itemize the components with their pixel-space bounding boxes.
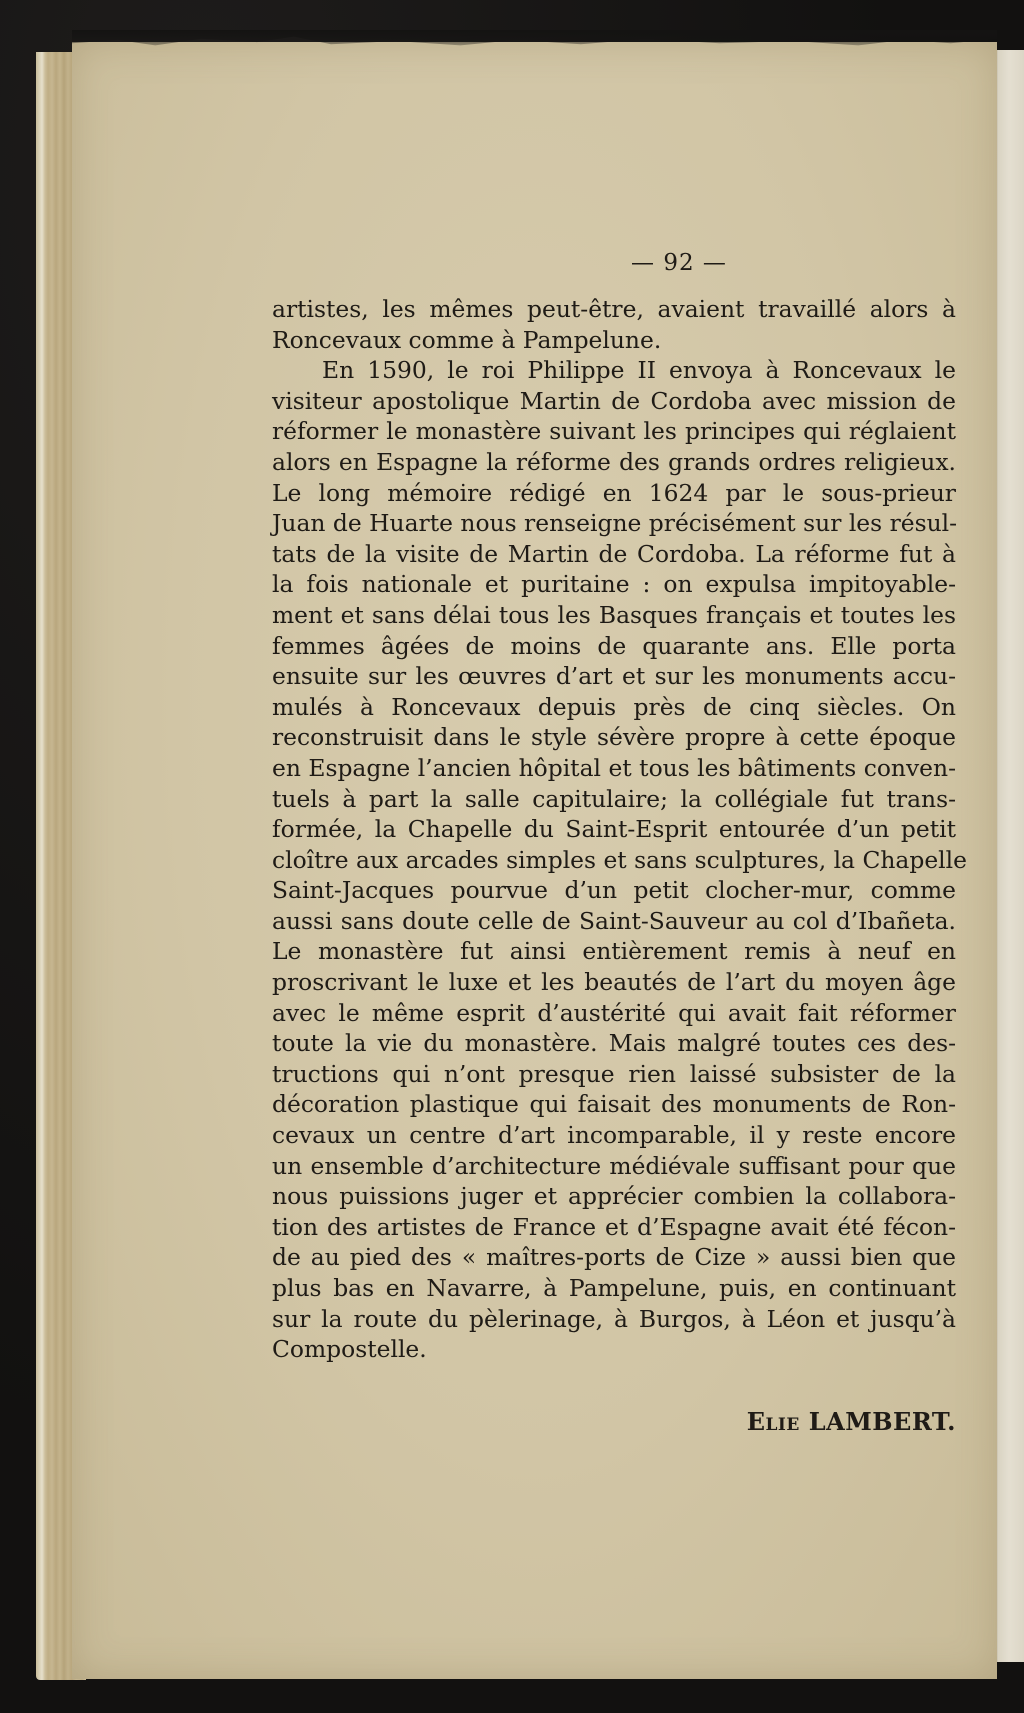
text-line: avec le même esprit d’austérité qui avai… <box>272 998 956 1029</box>
text-line: aussi sans doute celle de Saint-Sauveur … <box>272 906 956 937</box>
text-line: la fois nationale et puritaine : on expu… <box>272 569 956 600</box>
text-line: Roncevaux comme à Pampelune. <box>272 325 956 356</box>
text-line: cevaux un centre d’art incomparable, il … <box>272 1120 956 1151</box>
text-line: un ensemble d’architecture médiévale suf… <box>272 1151 956 1182</box>
facing-page-edge <box>995 50 1024 1662</box>
text-line: Juan de Huarte nous renseigne précisémen… <box>272 508 956 539</box>
text-line: femmes âgées de moins de quarante ans. E… <box>272 631 956 662</box>
text-line: proscrivant le luxe et les beautés de l’… <box>272 967 956 998</box>
text-line: sur la route du pèlerinage, à Burgos, à … <box>272 1304 956 1335</box>
text-line: reconstruisit dans le style sévère propr… <box>272 722 956 753</box>
text-line: plus bas en Navarre, à Pampelune, puis, … <box>272 1273 956 1304</box>
author-signature: Elie LAMBERT. <box>272 1407 956 1436</box>
text-line: cloître aux arcades simples et sans scul… <box>272 845 956 876</box>
page-text-block: — 92 — artistes, les mêmes peut-être, av… <box>272 250 956 1436</box>
author-last-name: LAMBERT. <box>809 1407 956 1436</box>
text-line: tats de la visite de Martin de Cordoba. … <box>272 539 956 570</box>
text-line: artistes, les mêmes peut-être, avaient t… <box>272 294 956 325</box>
text-line: en Espagne l’ancien hôpital et tous les … <box>272 753 956 784</box>
text-line: tion des artistes de France et d’Espagne… <box>272 1212 956 1243</box>
text-line: formée, la Chapelle du Saint-Esprit ento… <box>272 814 956 845</box>
body-paragraphs: artistes, les mêmes peut-être, avaient t… <box>272 294 956 1365</box>
author-first-name: Elie <box>747 1407 800 1436</box>
text-line: toute la vie du monastère. Mais malgré t… <box>272 1028 956 1059</box>
text-line: Compostelle. <box>272 1334 956 1365</box>
text-line: tuels à part la salle capitulaire; la co… <box>272 784 956 815</box>
text-line: alors en Espagne la réforme des grands o… <box>272 447 956 478</box>
text-line: Le long mémoire rédigé en 1624 par le so… <box>272 478 956 509</box>
text-line: réformer le monastère suivant les princi… <box>272 416 956 447</box>
text-line: décoration plastique qui faisait des mon… <box>272 1089 956 1120</box>
text-line: mulés à Roncevaux depuis près de cinq si… <box>272 692 956 723</box>
text-line: ment et sans délai tous les Basques fran… <box>272 600 956 631</box>
text-line: visiteur apostolique Martin de Cordoba a… <box>272 386 956 417</box>
page-number: — 92 — <box>402 250 956 276</box>
text-line: Saint-Jacques pourvue d’un petit clocher… <box>272 875 956 906</box>
text-line: ensuite sur les œuvres d’art et sur les … <box>272 661 956 692</box>
text-line: En 1590, le roi Philippe II envoya à Ron… <box>272 355 956 386</box>
text-line: nous puissions juger et apprécier combie… <box>272 1181 956 1212</box>
text-line: de au pied des « maîtres-ports de Cize »… <box>272 1242 956 1273</box>
text-line: Le monastère fut ainsi entièrement remis… <box>272 936 956 967</box>
text-line: tructions qui n’ont presque rien laissé … <box>272 1059 956 1090</box>
